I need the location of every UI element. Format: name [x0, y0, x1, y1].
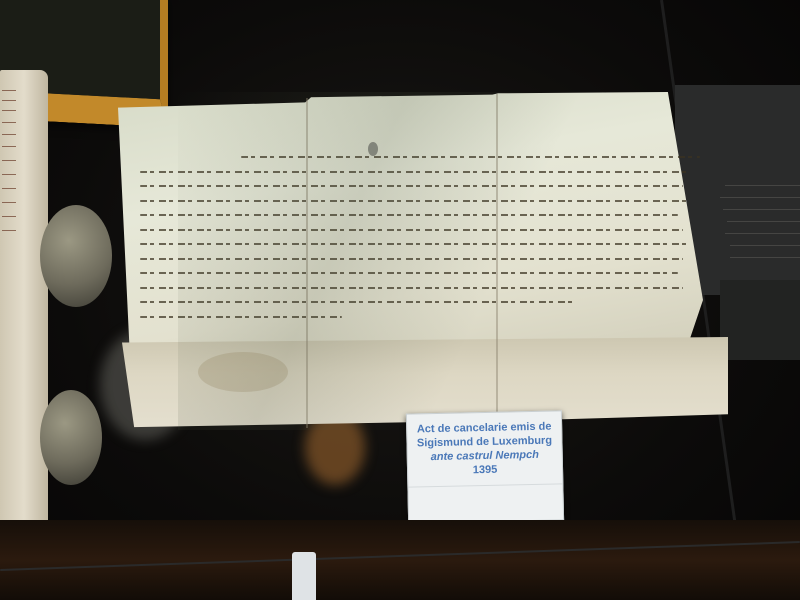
- handwritten-text: [140, 156, 700, 330]
- left-scroll: [0, 70, 48, 525]
- display-case-scene: Act de cancelarie emis de Sigismund de L…: [0, 0, 800, 600]
- parchment-charter: [118, 92, 728, 430]
- white-post: [292, 552, 316, 600]
- wax-seal-upper: [40, 205, 112, 307]
- ink-blot: [368, 142, 378, 156]
- water-stain: [198, 352, 288, 392]
- background-document-lower: [720, 280, 800, 360]
- exhibit-label: Act de cancelarie emis de Sigismund de L…: [406, 410, 564, 523]
- exhibit-label-text: Act de cancelarie emis de Sigismund de L…: [407, 419, 562, 478]
- wax-seal-lower: [40, 390, 102, 485]
- label-divider: [408, 483, 562, 487]
- display-shelf: [0, 520, 800, 600]
